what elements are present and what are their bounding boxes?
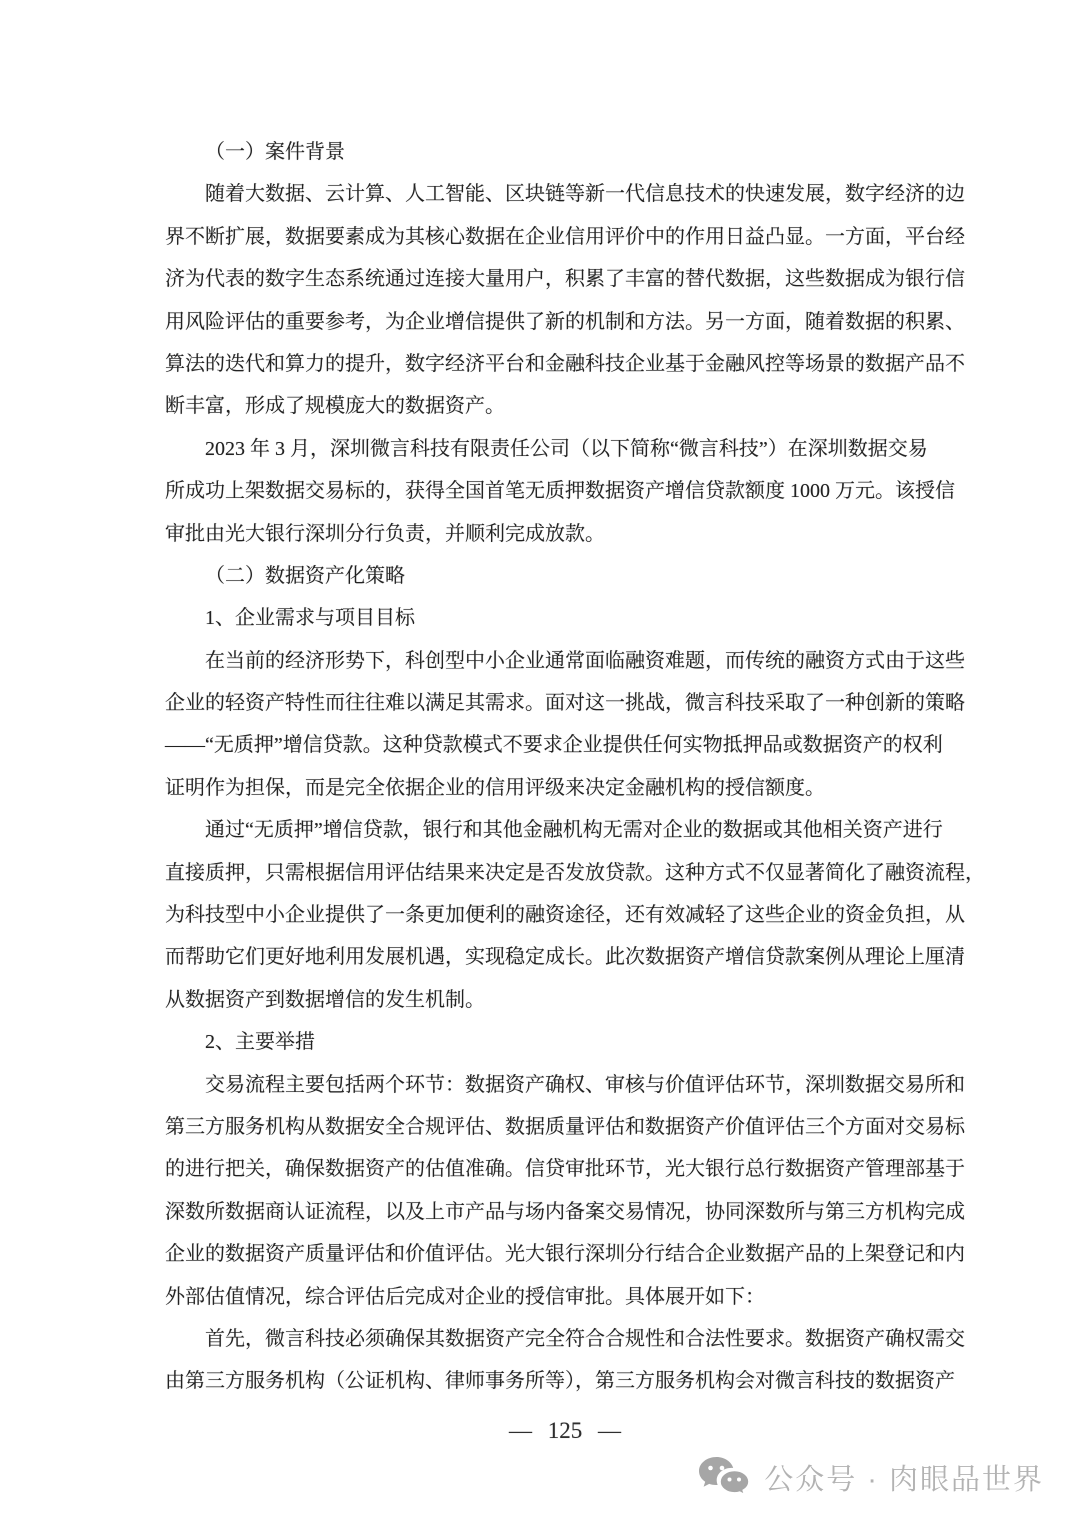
text-line: 直接质押，只需根据信用评估结果来决定是否发放贷款。这种方式不仅显著简化了融资流程… [165, 852, 919, 894]
paragraph: 通过“无质押”增信贷款，银行和其他金融机构无需对企业的数据或其他相关资产进行 直… [165, 809, 919, 1021]
text-line: 所成功上架数据交易标的，获得全国首笔无质押数据资产增信贷款额度 1000 万元。… [165, 470, 919, 512]
text-line: 而帮助它们更好地利用发展机遇，实现稳定成长。此次数据资产增信贷款案例从理论上厘清 [165, 936, 919, 978]
text-line: 的进行把关，确保数据资产的估值准确。信贷审批环节，光大银行总行数据资产管理部基于 [165, 1148, 919, 1190]
document-body: （一）案件背景 随着大数据、云计算、人工智能、区块链等新一代信息技术的快速发展，… [165, 131, 919, 1403]
paragraph: 交易流程主要包括两个环节：数据资产确权、审核与价值评估环节，深圳数据交易所和 第… [165, 1064, 919, 1318]
text-line: 2023 年 3 月，深圳微言科技有限责任公司（以下简称“微言科技”）在深圳数据… [165, 428, 919, 470]
text-line: 企业的轻资产特性而往往难以满足其需求。面对这一挑战，微言科技采取了一种创新的策略 [165, 682, 919, 724]
heading-line: 2、主要举措 [165, 1021, 919, 1063]
text-line: 交易流程主要包括两个环节：数据资产确权、审核与价值评估环节，深圳数据交易所和 [165, 1064, 919, 1106]
text-line: 第三方服务机构从数据安全合规评估、数据质量评估和数据资产价值评估三个方面对交易标 [165, 1106, 919, 1148]
heading-line: （一）案件背景 [165, 131, 919, 173]
watermark-text: 公众号 · 肉眼品世界 [764, 1457, 1044, 1498]
heading-line: 1、企业需求与项目目标 [165, 597, 919, 639]
heading-line: （二）数据资产化策略 [165, 555, 919, 597]
text-line: 算法的迭代和算力的提升，数字经济平台和金融科技企业基于金融风控等场景的数据产品不 [165, 343, 919, 385]
section-heading: （二）数据资产化策略 [165, 555, 919, 597]
sub-heading: 1、企业需求与项目目标 [165, 597, 919, 639]
document-page: { "document": { "blocks": [ { "role": "h… [0, 0, 1080, 1527]
paragraph: 在当前的经济形势下，科创型中小企业通常面临融资难题，而传统的融资方式由于这些 企… [165, 640, 919, 810]
paragraph: 2023 年 3 月，深圳微言科技有限责任公司（以下简称“微言科技”）在深圳数据… [165, 428, 919, 555]
text-line: 审批由光大银行深圳分行负责，并顺利完成放款。 [165, 513, 919, 555]
sub-heading: 2、主要举措 [165, 1021, 919, 1063]
text-line: 通过“无质押”增信贷款，银行和其他金融机构无需对企业的数据或其他相关资产进行 [165, 809, 919, 851]
paragraph: 随着大数据、云计算、人工智能、区块链等新一代信息技术的快速发展，数字经济的边 界… [165, 173, 919, 427]
text-line: 企业的数据资产质量评估和价值评估。光大银行深圳分行结合企业数据产品的上架登记和内 [165, 1233, 919, 1275]
text-line: 在当前的经济形势下，科创型中小企业通常面临融资难题，而传统的融资方式由于这些 [165, 640, 919, 682]
page-number: — 125 — [188, 1409, 942, 1453]
section-heading: （一）案件背景 [165, 131, 919, 173]
text-line: 深数所数据商认证流程，以及上市产品与场内备案交易情况，协同深数所与第三方机构完成 [165, 1191, 919, 1233]
text-line: 外部估值情况，综合评估后完成对企业的授信审批。具体展开如下： [165, 1276, 919, 1318]
text-line: 用风险评估的重要参考，为企业增信提供了新的机制和方法。另一方面，随着数据的积累、 [165, 301, 919, 343]
text-line: 断丰富，形成了规模庞大的数据资产。 [165, 385, 919, 427]
paragraph: 首先，微言科技必须确保其数据资产完全符合合规性和合法性要求。数据资产确权需交 由… [165, 1318, 919, 1403]
text-line: 随着大数据、云计算、人工智能、区块链等新一代信息技术的快速发展，数字经济的边 [165, 173, 919, 215]
text-line: 由第三方服务机构（公证机构、律师事务所等），第三方服务机构会对微言科技的数据资产 [165, 1360, 919, 1402]
wechat-icon [698, 1456, 750, 1498]
text-line: ——“无质押”增信贷款。这种贷款模式不要求企业提供任何实物抵押品或数据资产的权利 [165, 724, 919, 766]
text-line: 济为代表的数字生态系统通过连接大量用户，积累了丰富的替代数据，这些数据成为银行信 [165, 258, 919, 300]
text-line: 首先，微言科技必须确保其数据资产完全符合合规性和合法性要求。数据资产确权需交 [165, 1318, 919, 1360]
text-line: 证明作为担保，而是完全依据企业的信用评级来决定金融机构的授信额度。 [165, 767, 919, 809]
text-line: 从数据资产到数据增信的发生机制。 [165, 979, 919, 1021]
text-line: 为科技型中小企业提供了一条更加便利的融资途径，还有效减轻了这些企业的资金负担，从 [165, 894, 919, 936]
text-line: 界不断扩展，数据要素成为其核心数据在企业信用评价中的作用日益凸显。一方面，平台经 [165, 216, 919, 258]
watermark: 公众号 · 肉眼品世界 [698, 1456, 1044, 1498]
